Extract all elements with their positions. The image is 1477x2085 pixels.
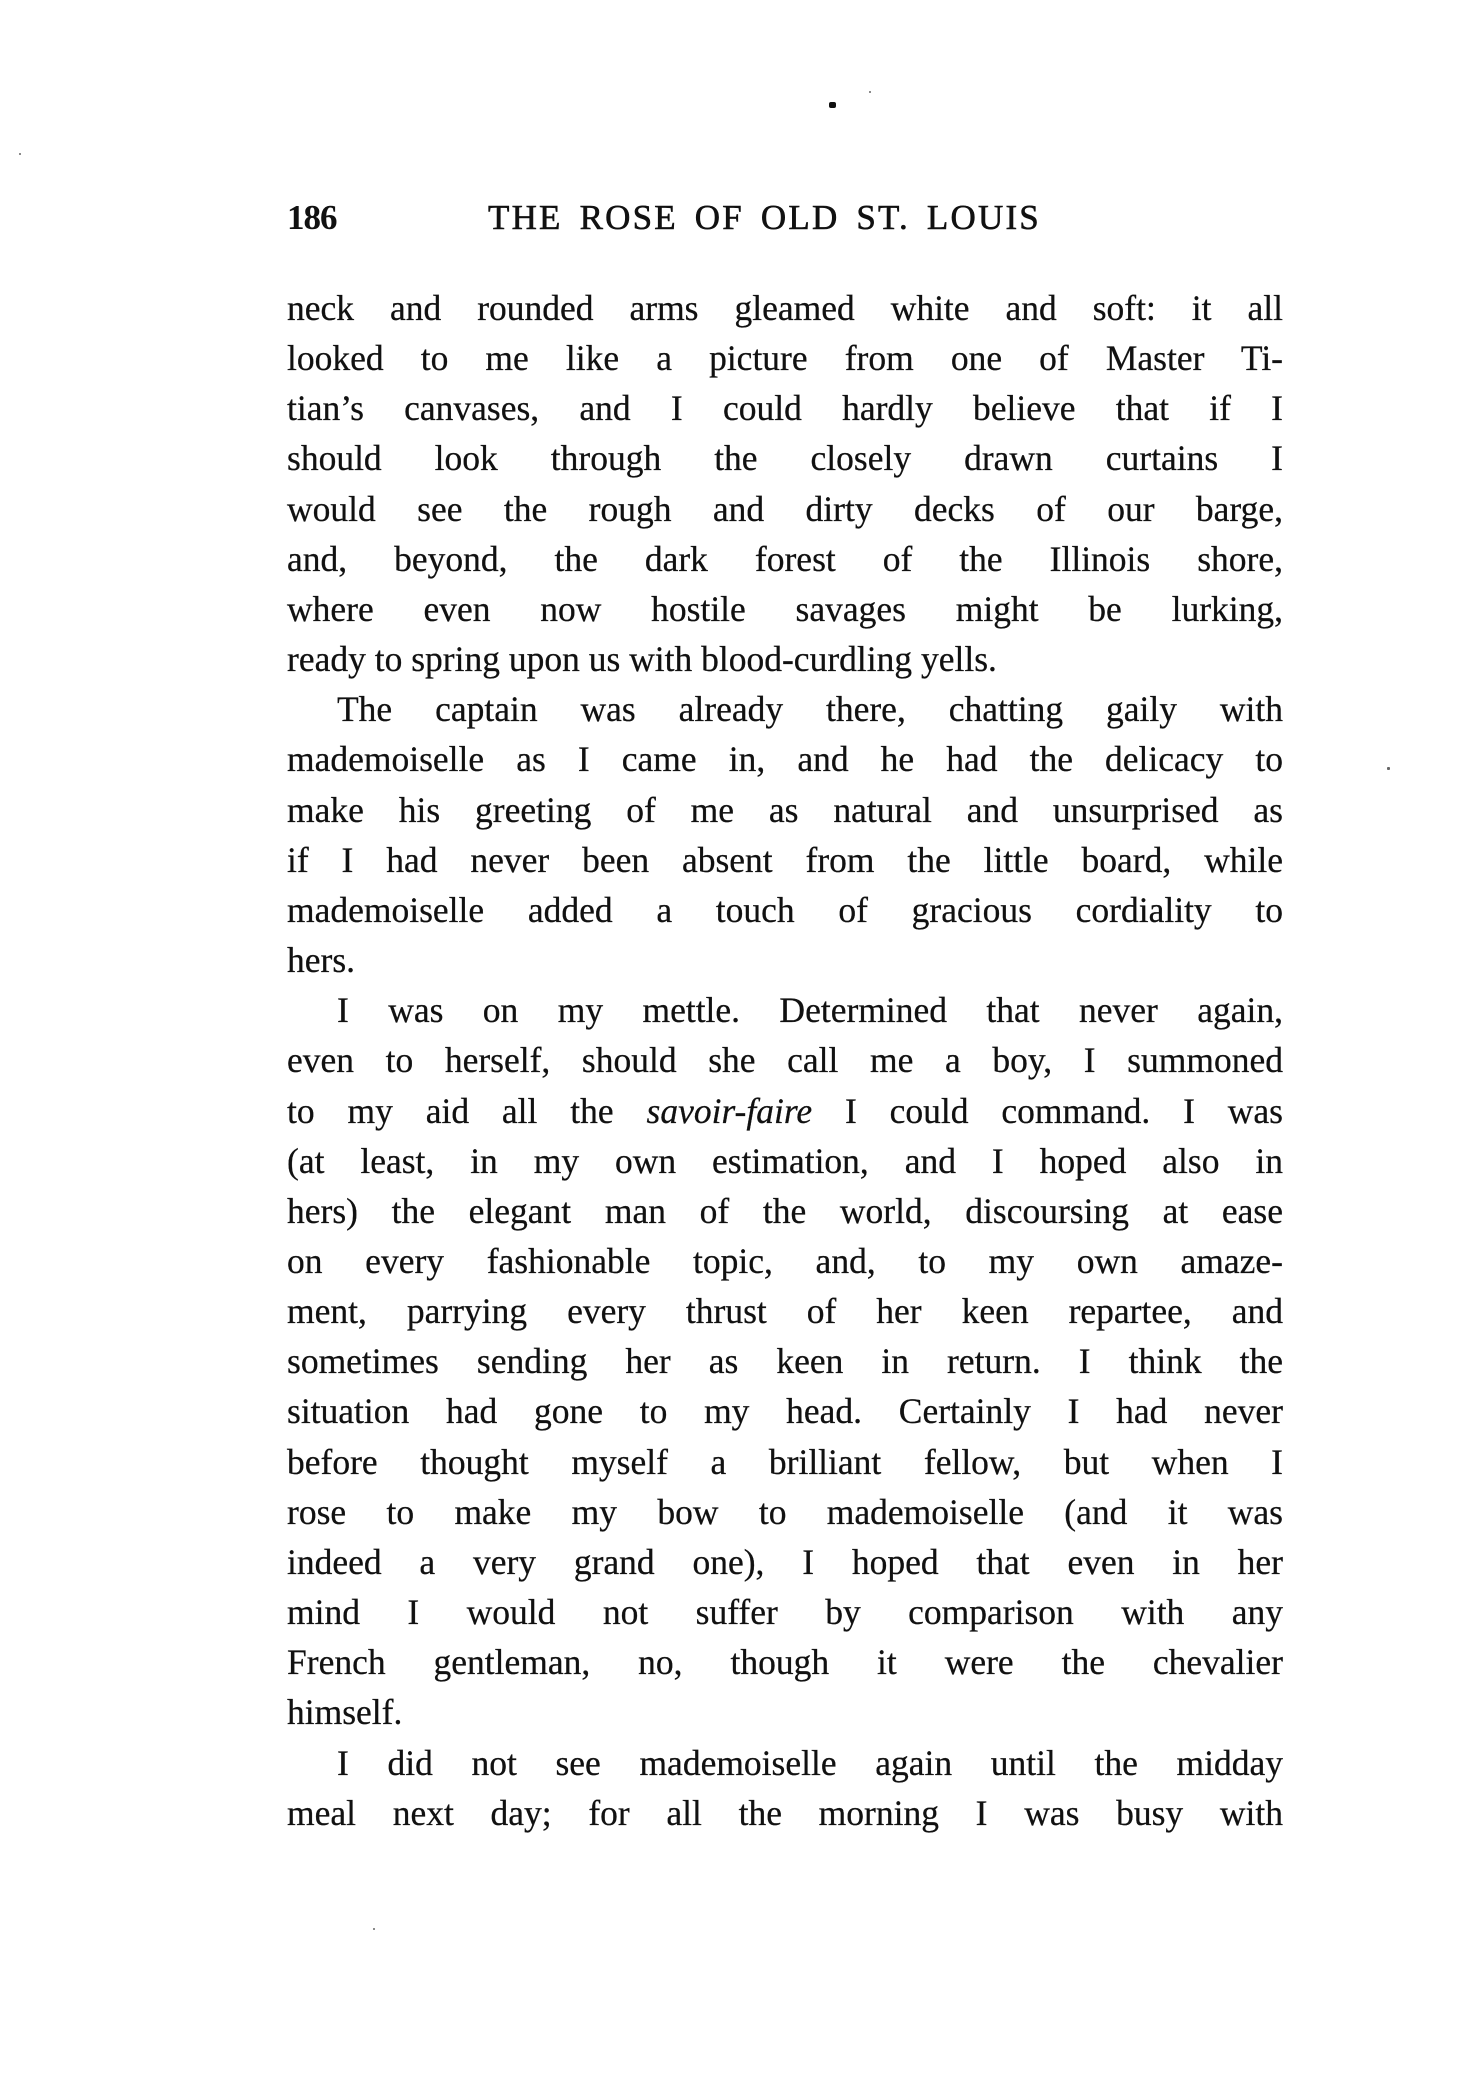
text-line: I was on my mettle. Determined that neve… (287, 985, 1283, 1035)
text-line: I did not see mademoiselle again until t… (287, 1738, 1283, 1788)
text-line: should look through the closely drawn cu… (287, 433, 1283, 483)
ink-speck (1387, 767, 1390, 770)
text-line: rose to make my bow to mademoiselle (and… (287, 1487, 1283, 1537)
text-line: (at least, in my own estimation, and I h… (287, 1136, 1283, 1186)
text-line: and, beyond, the dark forest of the Illi… (287, 534, 1283, 584)
text-line: himself. (287, 1687, 1283, 1737)
text-line: mademoiselle as I came in, and he had th… (287, 734, 1283, 784)
text-line: tian’s canvases, and I could hardly beli… (287, 383, 1283, 433)
text-line: ment, parrying every thrust of her keen … (287, 1286, 1283, 1336)
text-line: ready to spring upon us with blood-curdl… (287, 634, 1283, 684)
paragraph: neck and rounded arms gleamed white and … (287, 283, 1283, 684)
running-title: THE ROSE OF OLD ST. LOUIS (488, 196, 1104, 240)
text-line: looked to me like a picture from one of … (287, 333, 1283, 383)
body-text: neck and rounded arms gleamed white and … (287, 283, 1283, 1838)
text-line: make his greeting of me as natural and u… (287, 785, 1283, 835)
text-line: before thought myself a brilliant fellow… (287, 1437, 1283, 1487)
ink-speck (19, 153, 21, 155)
text-line: hers) the elegant man of the world, disc… (287, 1186, 1283, 1236)
ink-speck (829, 102, 836, 108)
text-line: situation had gone to my head. Certainly… (287, 1386, 1283, 1436)
text-line: neck and rounded arms gleamed white and … (287, 283, 1283, 333)
text-line: to my aid all the savoir-faire I could c… (287, 1086, 1283, 1136)
text-line: would see the rough and dirty decks of o… (287, 484, 1283, 534)
paragraph: I was on my mettle. Determined that neve… (287, 985, 1283, 1737)
text-line: indeed a very grand one), I hoped that e… (287, 1537, 1283, 1587)
italic-phrase: savoir-faire (647, 1091, 813, 1131)
text-line: on every fashionable topic, and, to my o… (287, 1236, 1283, 1286)
page-number: 186 (287, 196, 337, 240)
text-line: sometimes sending her as keen in return.… (287, 1336, 1283, 1386)
text-line: where even now hostile savages might be … (287, 584, 1283, 634)
text-line: if I had never been absent from the litt… (287, 835, 1283, 885)
ink-speck (869, 91, 871, 93)
paragraph: The captain was already there, chatting … (287, 684, 1283, 985)
text-line: even to herself, should she call me a bo… (287, 1035, 1283, 1085)
text-line: meal next day; for all the morning I was… (287, 1788, 1283, 1838)
text-run: I could command. I was (812, 1091, 1283, 1131)
paragraph: I did not see mademoiselle again until t… (287, 1738, 1283, 1838)
text-line: French gentleman, no, though it were the… (287, 1637, 1283, 1687)
running-head: 186 THE ROSE OF OLD ST. LOUIS (287, 196, 1287, 240)
text-line: mind I would not suffer by comparison wi… (287, 1587, 1283, 1637)
text-run: to my aid all the (287, 1091, 647, 1131)
ink-speck (373, 1928, 375, 1930)
text-line: mademoiselle added a touch of gracious c… (287, 885, 1283, 935)
text-line: The captain was already there, chatting … (287, 684, 1283, 734)
text-line: hers. (287, 935, 1283, 985)
